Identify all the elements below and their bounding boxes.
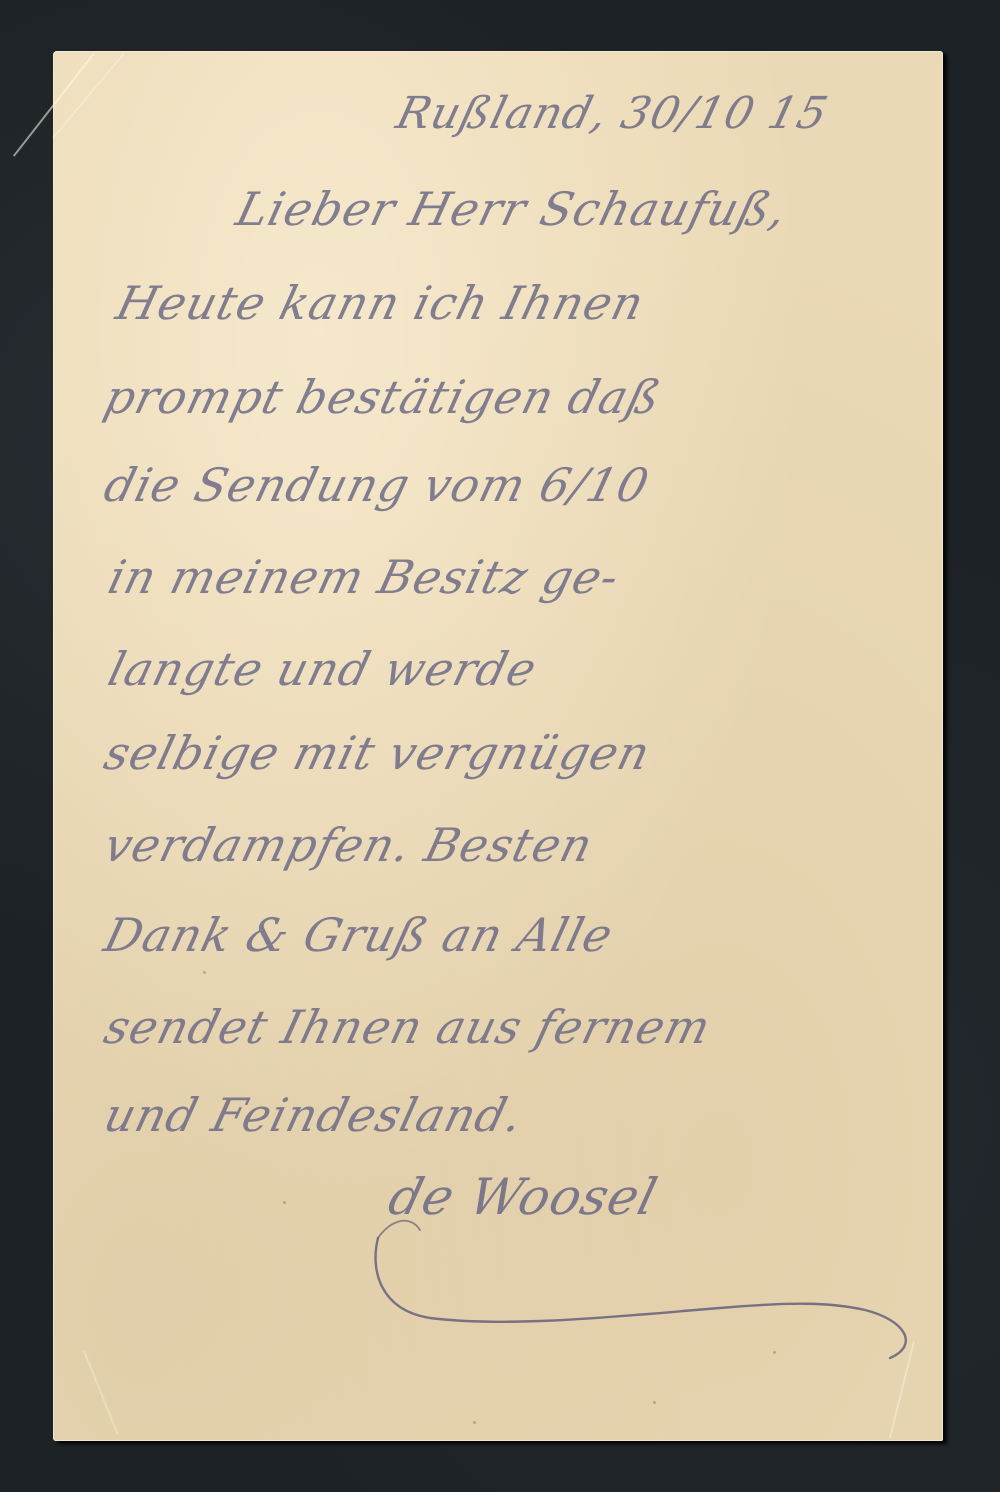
letter-line: selbige mit vergnügen <box>100 730 655 776</box>
letter-line: sendet Ihnen aus fernem <box>100 1004 716 1050</box>
salutation-line: Lieber Herr Schaufuß, <box>232 186 792 232</box>
paper-speck <box>203 971 206 974</box>
letter-line: prompt bestätigen daß <box>100 374 666 420</box>
letter-line: verdampfen. Besten <box>100 822 598 868</box>
paper-speck <box>473 1421 476 1424</box>
letter-line: die Sendung vom 6/10 <box>100 462 654 508</box>
paper-crease <box>83 1350 119 1434</box>
letter-line: langte und werde <box>104 646 542 692</box>
letter-line: Heute kann ich Ihnen <box>112 280 649 326</box>
place-date-heading: Rußland, 30/10 15 <box>392 92 832 136</box>
letter-line: in meinem Besitz ge- <box>104 554 624 600</box>
signature-flourish <box>360 1210 920 1360</box>
paper-speck <box>653 1401 656 1404</box>
letter-line: Dank & Gruß an Alle <box>100 912 618 958</box>
paper-crease <box>52 53 124 139</box>
letter-line: und Feindesland. <box>100 1092 528 1138</box>
paper-speck <box>283 1201 286 1204</box>
